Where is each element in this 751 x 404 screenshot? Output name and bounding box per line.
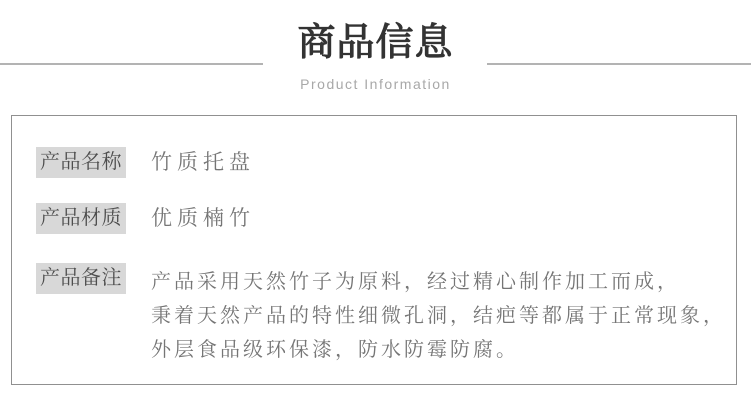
product-material-row: 产品材质 优质楠竹 [36,203,255,234]
product-material-value: 优质楠竹 [151,203,255,234]
product-name-value: 竹质托盘 [151,147,255,178]
product-remark-row: 产品备注 产品采用天然竹子为原料，经过精心制作加工而成， 秉着天然产品的特性细微… [36,263,726,367]
product-remark-label: 产品备注 [36,263,126,294]
remark-line: 产品采用天然竹子为原料，经过精心制作加工而成， [151,265,726,299]
product-info-panel: 产品名称 竹质托盘 产品材质 优质楠竹 产品备注 产品采用天然竹子为原料，经过精… [11,115,737,385]
page-title: 商品信息 [0,22,751,66]
header-divider-right [487,63,751,65]
product-name-row: 产品名称 竹质托盘 [36,147,255,178]
remark-line: 外层食品级环保漆，防水防霉防腐。 [151,333,726,367]
remark-line: 秉着天然产品的特性细微孔洞，结疤等都属于正常现象， [151,299,726,333]
product-name-label: 产品名称 [36,147,126,178]
product-remark-value: 产品采用天然竹子为原料，经过精心制作加工而成， 秉着天然产品的特性细微孔洞，结疤… [151,263,726,367]
section-header: 商品信息 Product Information [0,0,751,104]
page-subtitle: Product Information [0,76,751,92]
product-material-label: 产品材质 [36,203,126,234]
